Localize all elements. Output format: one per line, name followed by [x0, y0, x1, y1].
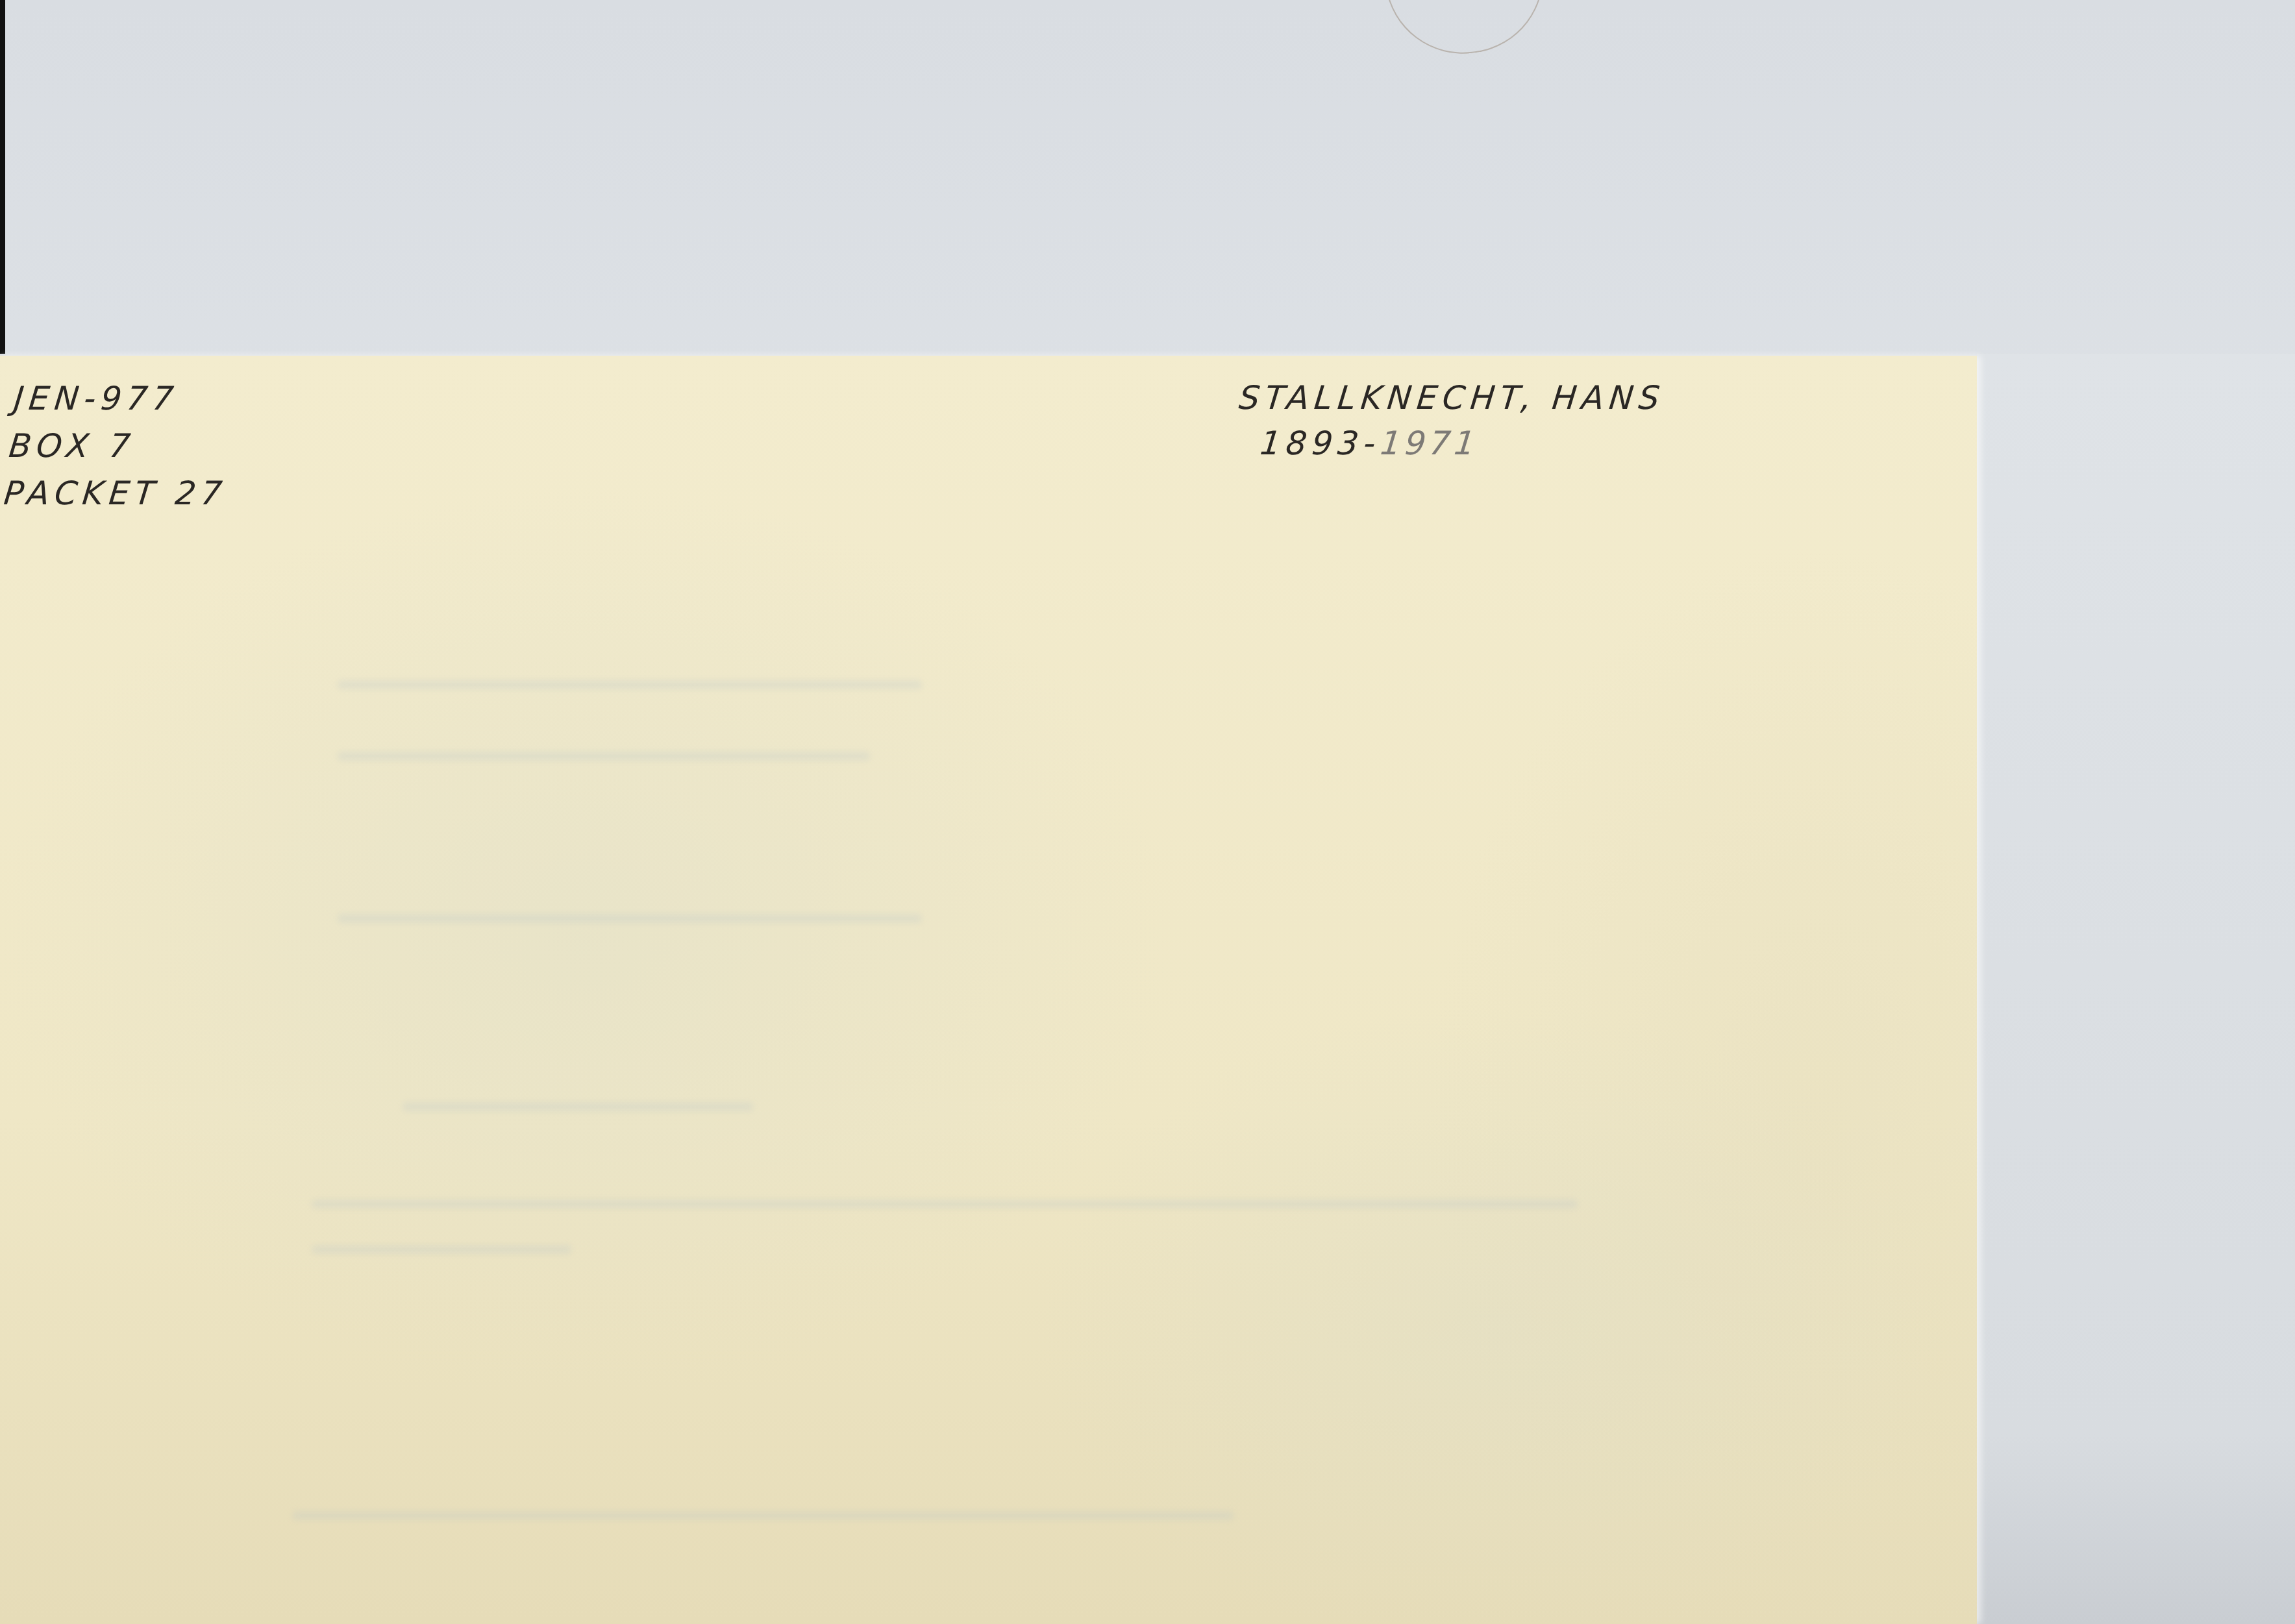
show-through-line: [338, 680, 922, 689]
death-year-pencil: 1971: [1379, 424, 1481, 462]
life-dates: 1893-1971: [1232, 421, 1663, 466]
collection-reference: JEN-977 BOX 7 PACKET 27: [1, 375, 239, 517]
scanner-edge-strip: [0, 0, 5, 354]
packet-number: PACKET 27: [1, 470, 229, 517]
show-through-line: [403, 1102, 753, 1111]
show-through-line: [338, 914, 922, 923]
collection-id: JEN-977: [12, 375, 240, 423]
show-through-line: [312, 1200, 1578, 1209]
scanner-background: [1977, 354, 2295, 1624]
dust-hair-artifact: [1383, 0, 1553, 64]
show-through-line: [338, 752, 870, 761]
birth-year: 1893-: [1258, 424, 1382, 462]
show-through-line: [312, 1245, 571, 1254]
subject-heading: STALLKNECHT, HANS 1893-1971: [1232, 375, 1667, 466]
index-card: JEN-977 BOX 7 PACKET 27 STALLKNECHT, HAN…: [0, 356, 1977, 1624]
box-number: BOX 7: [6, 423, 234, 470]
subject-name: STALLKNECHT, HANS: [1237, 375, 1667, 421]
show-through-line: [292, 1511, 1234, 1520]
